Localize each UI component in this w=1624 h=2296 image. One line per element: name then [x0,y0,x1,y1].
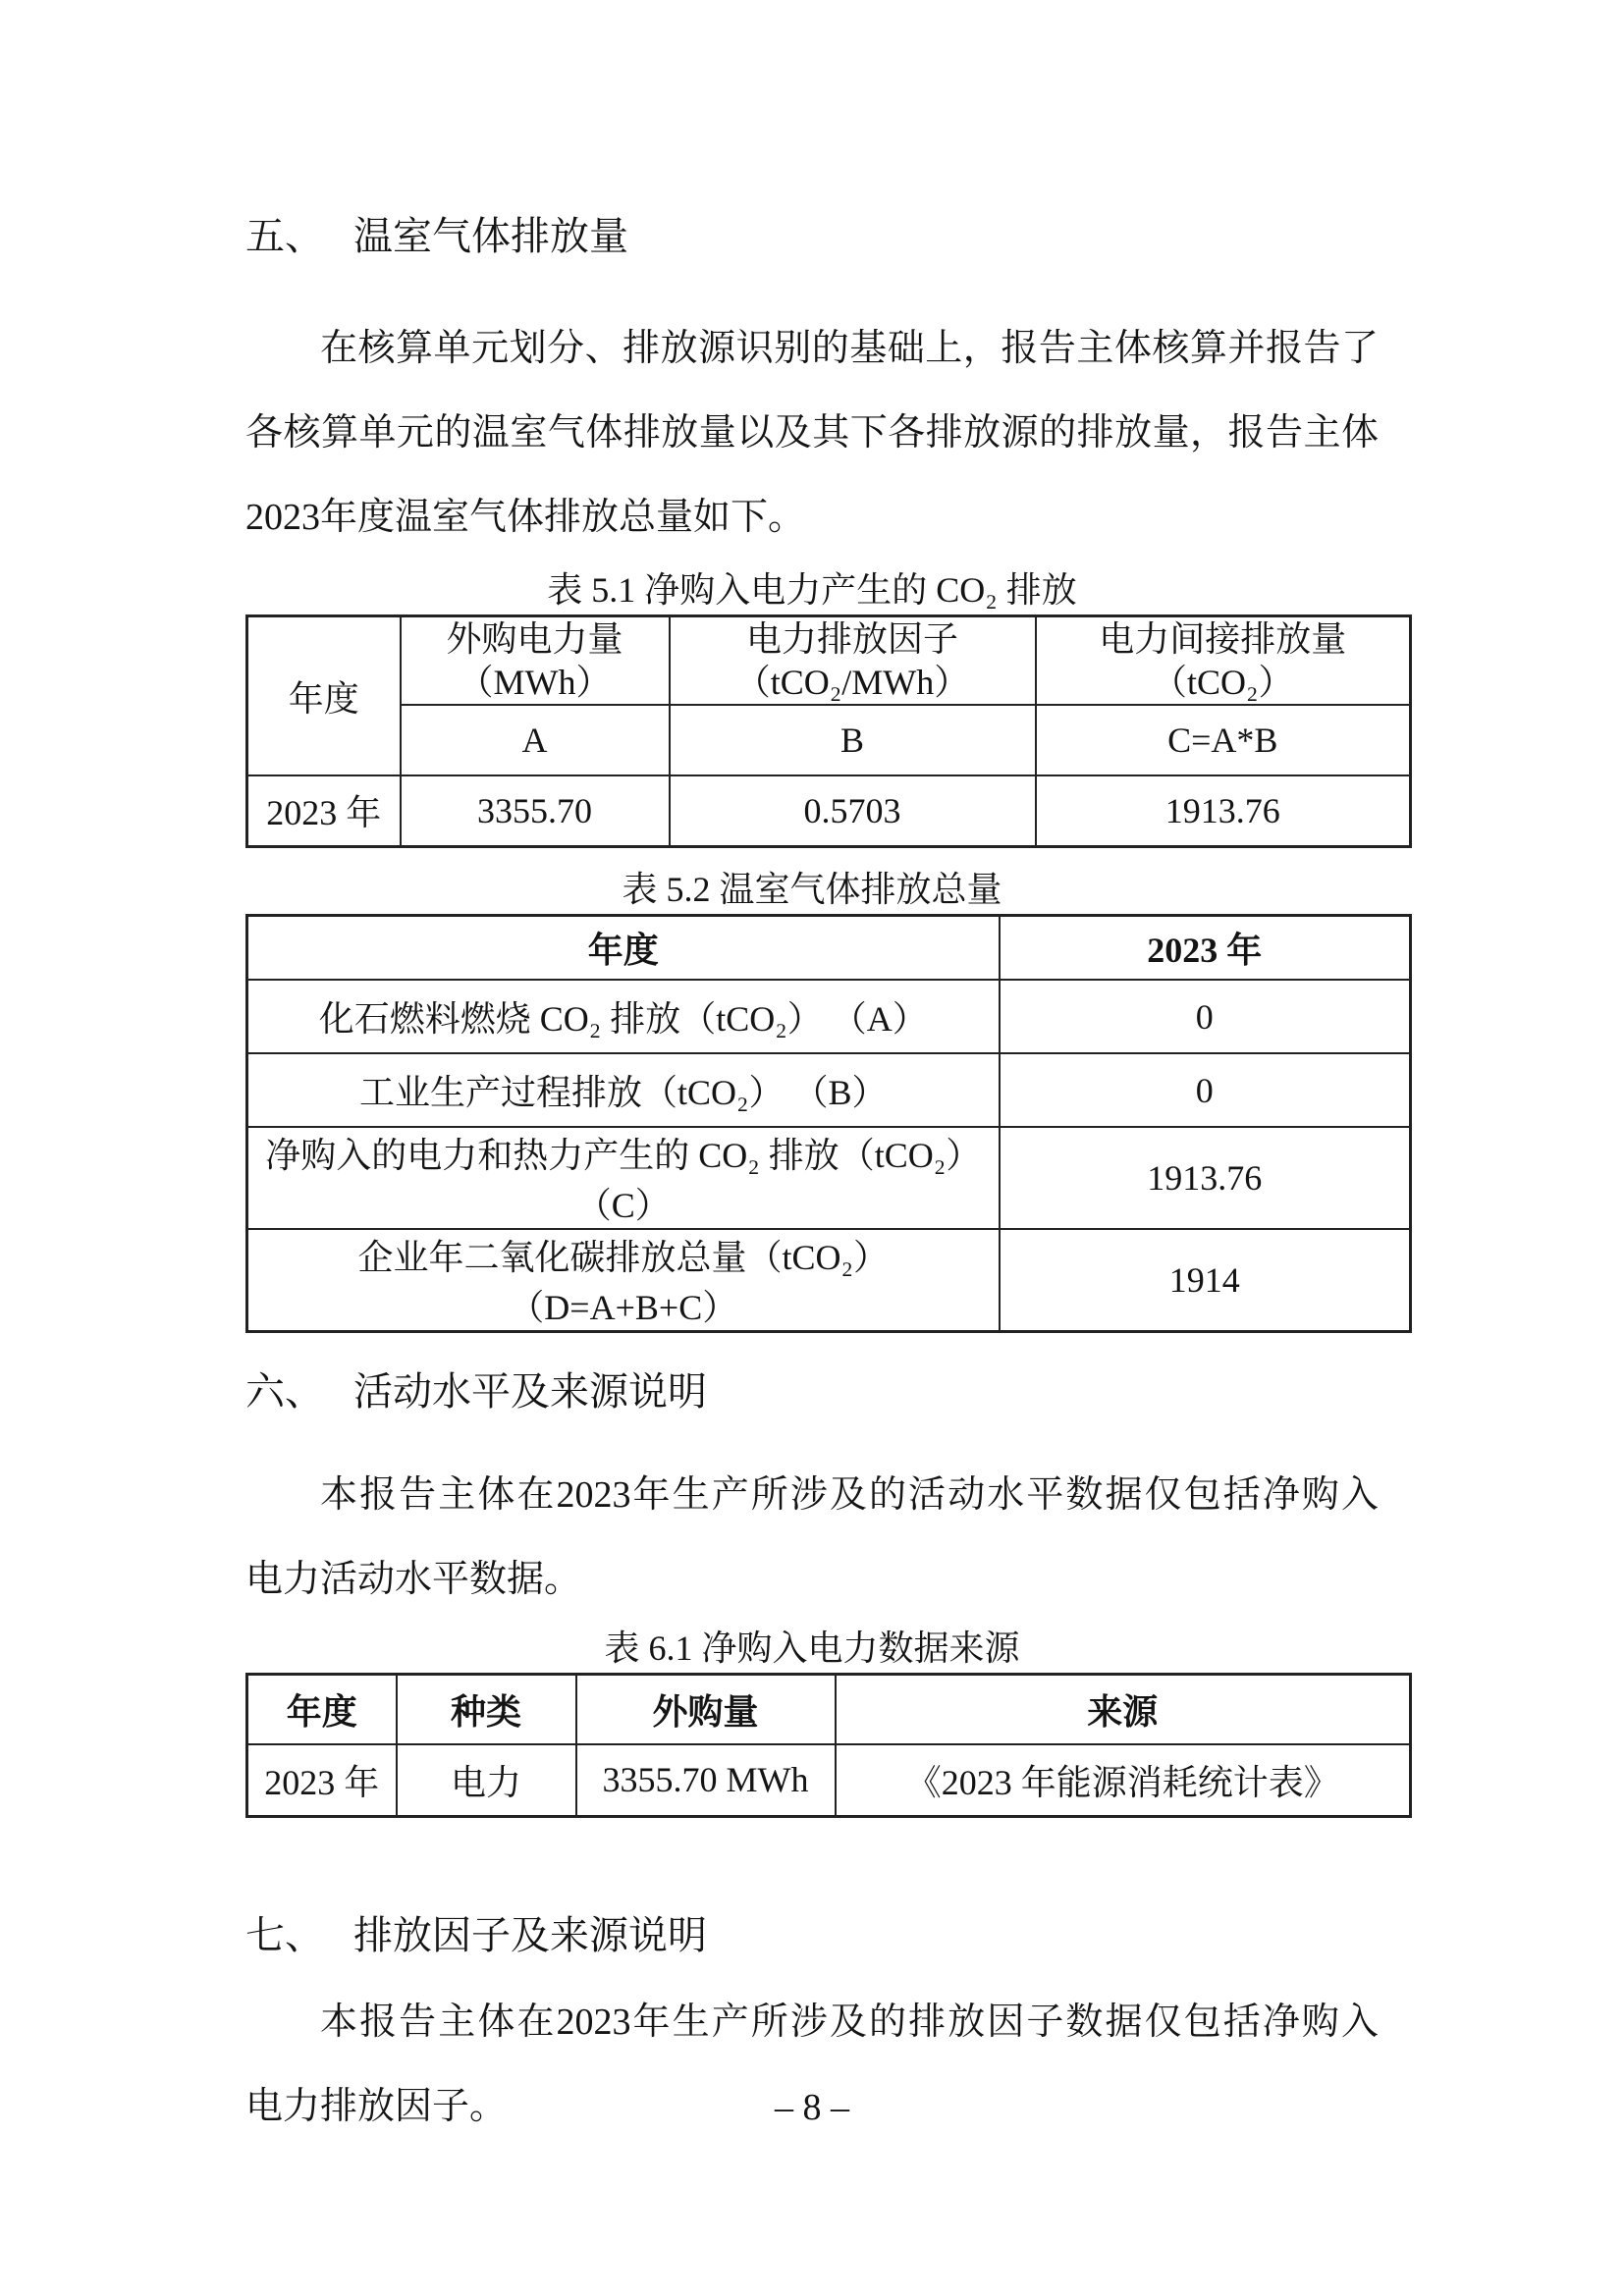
table-row: 净购入的电力和热力产生的 CO₂ 排放（tCO₂） （C） 1913.76 [247,1127,1411,1229]
table-5-2-value: 1914 [1000,1229,1411,1332]
table-5-1-year-cell: 2023 年 [247,775,401,846]
section-heading-5: 五、温室气体排放量 [245,206,1379,267]
paragraph-line: 2023年度温室气体排放总量如下。 [245,475,1379,560]
section-title: 温室气体排放量 [353,214,628,258]
section-title: 活动水平及来源说明 [353,1369,707,1414]
col-header-unit: （tCO₂） [1043,661,1404,704]
table-6-1-cell: 2023 年 [247,1744,397,1817]
table-5-2-header: 2023 年 [1000,915,1411,980]
table-5-1-year-header: 年度 [247,616,401,776]
table-5-1-formula-cell: B [670,705,1036,775]
col-header-name: 外购电力量 [407,617,663,661]
table-5-1-col-header: 外购电力量 （MWh） [401,616,670,706]
table-5-1-caption: 表 5.1 净购入电力产生的 CO₂ 排放 [245,565,1379,614]
col-header-unit: （MWh） [407,661,663,704]
table-row: 2023 年 3355.70 0.5703 1913.76 [247,775,1411,846]
table-5-1-formula-cell: A [401,705,670,775]
table-6-1-caption: 表 6.1 净购入电力数据来源 [245,1624,1379,1673]
table-5-2-label: 企业年二氧化碳排放总量（tCO₂） （D=A+B+C） [247,1229,1000,1332]
table-5-2: 年度 2023 年 化石燃料燃烧 CO₂ 排放（tCO₂） （A） 0 工业生产… [245,914,1412,1334]
page-content: 五、温室气体排放量 在核算单元划分、排放源识别的基础上，报告主体核算并报告了 各… [0,0,1624,2149]
table-6-1-header: 来源 [836,1675,1411,1744]
col-header-name: 电力排放因子 [677,617,1029,661]
table-header-row: 年度 种类 外购量 来源 [247,1675,1411,1744]
table-5-2-caption: 表 5.2 温室气体排放总量 [245,865,1379,914]
table-5-1: 年度 外购电力量 （MWh） 电力排放因子 （tCO₂/MWh） 电力间接排放量… [245,614,1412,848]
table-5-2-value: 1913.76 [1000,1127,1411,1229]
document-page: 五、温室气体排放量 在核算单元划分、排放源识别的基础上，报告主体核算并报告了 各… [0,0,1624,2296]
table-6-1-cell: 电力 [397,1744,576,1817]
paragraph-ghg-emissions: 在核算单元划分、排放源识别的基础上，报告主体核算并报告了 各核算单元的温室气体排… [245,306,1379,560]
table-5-1-formula-cell: C=A*B [1036,705,1411,775]
page-number: – 8 – [0,2083,1624,2132]
table-row: 化石燃料燃烧 CO₂ 排放（tCO₂） （A） 0 [247,980,1411,1053]
table-row: 企业年二氧化碳排放总量（tCO₂） （D=A+B+C） 1914 [247,1229,1411,1332]
paragraph-line: 电力活动水平数据。 [245,1537,1379,1622]
col-header-name: 电力间接排放量 [1043,617,1404,661]
section-number: 六、 [245,1369,324,1414]
table-row: 工业生产过程排放（tCO₂） （B） 0 [247,1053,1411,1127]
table-6-1-header: 外购量 [576,1675,836,1744]
section-number: 五、 [245,214,324,258]
table-5-1-value-cell: 3355.70 [401,775,670,846]
section-number: 七、 [245,1913,324,1957]
section-heading-7: 七、排放因子及来源说明 [245,1905,1379,1966]
paragraph-line: 本报告主体在2023年生产所涉及的活动水平数据仅包括净购入 [245,1453,1379,1537]
paragraph-line: 本报告主体在2023年生产所涉及的排放因子数据仅包括净购入 [245,1980,1379,2064]
table-5-1-value-cell: 1913.76 [1036,775,1411,846]
table-header-row: 年度 2023 年 [247,915,1411,980]
table-5-1-value-cell: 0.5703 [670,775,1036,846]
table-5-2-value: 0 [1000,980,1411,1053]
table-5-2-value: 0 [1000,1053,1411,1127]
table-6-1-header: 年度 [247,1675,397,1744]
table-5-2-label: 化石燃料燃烧 CO₂ 排放（tCO₂） （A） [247,980,1000,1053]
section-title: 排放因子及来源说明 [353,1913,707,1957]
col-header-unit: （tCO₂/MWh） [677,661,1029,704]
table-6-1-header: 种类 [397,1675,576,1744]
table-5-1-col-header: 电力排放因子 （tCO₂/MWh） [670,616,1036,706]
paragraph-line: 各核算单元的温室气体排放量以及其下各排放源的排放量，报告主体 [245,391,1379,475]
section-heading-6: 六、活动水平及来源说明 [245,1362,1379,1422]
table-6-1-cell: 《2023 年能源消耗统计表》 [836,1744,1411,1817]
paragraph-activity-data: 本报告主体在2023年生产所涉及的活动水平数据仅包括净购入 电力活动水平数据。 [245,1453,1379,1622]
table-6-1-cell: 3355.70 MWh [576,1744,836,1817]
table-5-2-header: 年度 [247,915,1000,980]
table-row: 2023 年 电力 3355.70 MWh 《2023 年能源消耗统计表》 [247,1744,1411,1817]
table-5-1-col-header: 电力间接排放量 （tCO₂） [1036,616,1411,706]
table-6-1: 年度 种类 外购量 来源 2023 年 电力 3355.70 MWh 《2023… [245,1673,1412,1818]
paragraph-line: 在核算单元划分、排放源识别的基础上，报告主体核算并报告了 [245,306,1379,391]
table-5-2-label: 工业生产过程排放（tCO₂） （B） [247,1053,1000,1127]
table-5-2-label: 净购入的电力和热力产生的 CO₂ 排放（tCO₂） （C） [247,1127,1000,1229]
